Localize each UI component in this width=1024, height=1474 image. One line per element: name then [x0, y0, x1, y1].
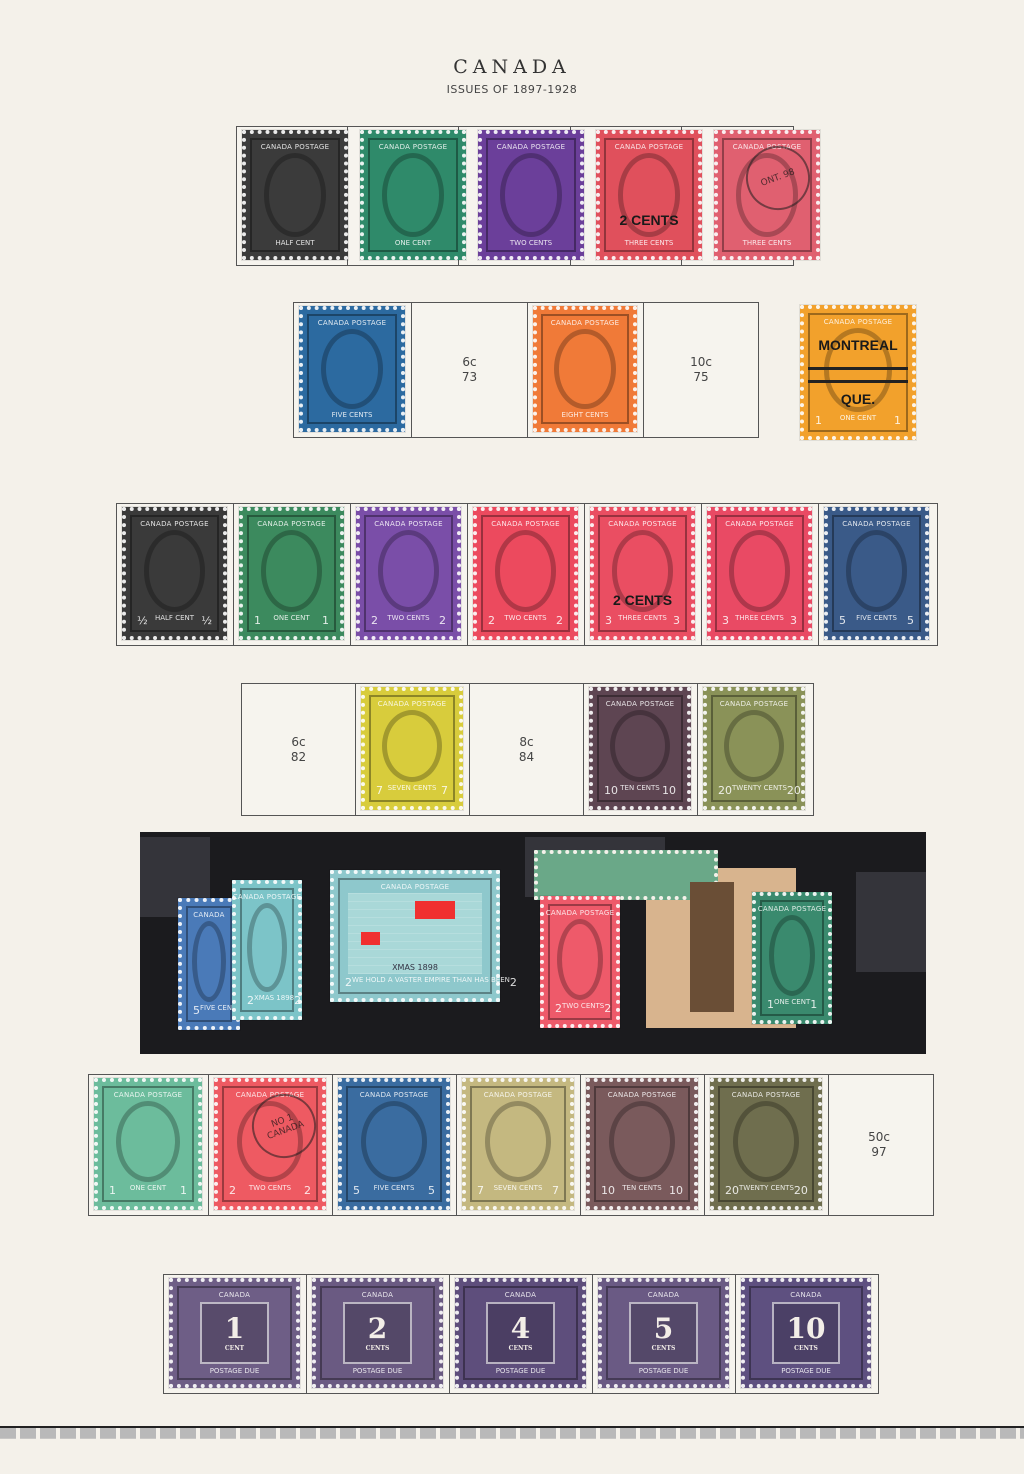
stamp-bottom-text: POSTAGE DUE	[467, 1367, 574, 1375]
stamp-top-text: CANADA POSTAGE	[608, 1091, 677, 1099]
stamp-top-text: CANADA POSTAGE	[758, 905, 827, 913]
value-text: ONE CENT	[130, 1184, 166, 1197]
value-right: 2	[304, 1184, 311, 1197]
catalog-number: 82	[242, 750, 355, 765]
stamp-top-text: CANADA	[790, 1291, 822, 1299]
value-right: 1	[894, 414, 901, 427]
value-text: TWO CENTS	[387, 614, 429, 627]
stamp-design: CANADA POSTAGE2XMAS 18982	[240, 888, 294, 1012]
value-right: 7	[552, 1184, 559, 1197]
denomination-label: 50c	[829, 1130, 929, 1145]
value-left: 10	[604, 784, 618, 797]
empty-stamp-space: 6c73	[412, 303, 528, 437]
value-right: 3	[790, 614, 797, 627]
stamp-unit: CENT	[225, 1346, 244, 1352]
stamp[interactable]: CANADA1CENTPOSTAGE DUE	[169, 1278, 300, 1388]
portrait-oval	[264, 153, 326, 237]
stamp[interactable]: CANADA5CENTSPOSTAGE DUE	[598, 1278, 729, 1388]
denomination-label: 8c	[470, 735, 583, 750]
value-right: 5	[428, 1184, 435, 1197]
value-text: THREE CENTS	[735, 614, 784, 627]
stamp-bottom-text: 1ONE CENT1	[106, 1184, 190, 1197]
stamp-denomination: 5CENTS	[629, 1302, 697, 1364]
stamp[interactable]: CANADA POSTAGEEIGHT CENTS	[533, 306, 637, 432]
stamp-unit: CENTS	[366, 1346, 390, 1352]
stamp-top-text: CANADA POSTAGE	[381, 883, 450, 891]
value-right: 2	[604, 1002, 611, 1015]
stamp-bottom-text: 2XMAS 18982	[244, 994, 290, 1007]
value-left: 1	[815, 414, 822, 427]
stamp-top-text: CANADA POSTAGE	[318, 319, 387, 327]
portrait-oval	[733, 1101, 799, 1182]
map-red-territory	[361, 932, 380, 945]
stamp-bottom-text: 2TWO CENTS2	[368, 614, 449, 627]
stamp-top-text: CANADA POSTAGE	[720, 700, 789, 708]
value-text: FIVE CENTS	[332, 411, 373, 419]
value-left: 2	[345, 976, 352, 989]
value-text: POSTAGE DUE	[639, 1367, 689, 1375]
value-text: XMAS 1898	[254, 994, 294, 1007]
stamp[interactable]: CANADA POSTAGE3THREE CENTS3	[707, 507, 812, 640]
stamp-bottom-text: 2TWO CENTS2	[552, 1002, 608, 1015]
stamp[interactable]: CANADA10CENTSPOSTAGE DUE	[741, 1278, 871, 1388]
value-text: TWO CENTS	[504, 614, 546, 627]
stamp-bottom-text: 1ONE CENT1	[251, 614, 332, 627]
stamp[interactable]: CANADA2CENTSPOSTAGE DUE	[312, 1278, 443, 1388]
denomination-label: 6c	[242, 735, 355, 750]
stamp-design: CANADA POSTAGEXMAS 18982WE HOLD A VASTER…	[338, 878, 492, 994]
value-left: 3	[605, 614, 612, 627]
value-text: SEVEN CENTS	[494, 1184, 543, 1197]
value-right: 10	[662, 784, 676, 797]
value-text: THREE CENTS	[743, 239, 792, 247]
precancel-bars	[808, 367, 908, 383]
value-right: 2	[294, 994, 301, 1007]
value-text: FIVE CENTS	[374, 1184, 415, 1197]
catalog-label: 50c97	[829, 1130, 929, 1160]
stamp-bottom-text: 5FIVE CENTS	[190, 1004, 228, 1017]
stamp-design: CANADA POSTAGETWO CENTS	[486, 138, 576, 252]
catalog-label: 10c75	[644, 355, 758, 385]
stamp[interactable]: CANADA POSTAGE10TEN CENTS10	[586, 1078, 698, 1210]
stamp-bottom-text: 7SEVEN CENTS7	[474, 1184, 562, 1197]
value-text: ONE CENT	[395, 239, 431, 247]
value-left: 2	[229, 1184, 236, 1197]
stamp-bottom-text: POSTAGE DUE	[324, 1367, 431, 1375]
value-left: 2	[555, 1002, 562, 1015]
stamp-bottom-text: THREE CENTS	[608, 239, 690, 247]
stamp-top-text: CANADA POSTAGE	[615, 143, 684, 151]
catalog-label: 6c82	[242, 735, 355, 765]
stamp-design: CANADA10CENTSPOSTAGE DUE	[749, 1286, 863, 1380]
portrait-oval	[557, 919, 603, 1000]
value-text: EIGHT CENTS	[562, 411, 609, 419]
stamp-design: CANADA POSTAGE5FIVE CENTS5	[832, 515, 921, 632]
stamp-design: CANADA POSTAGE2TWO CENTS2	[364, 515, 453, 632]
stamp-bottom-text: ONE CENT	[372, 239, 454, 247]
stamp-bottom-text: 10TEN CENTS10	[601, 784, 679, 797]
stamp-top-text: CANADA POSTAGE	[140, 520, 209, 528]
value-left: 7	[477, 1184, 484, 1197]
stamp-design: CANADA1CENTPOSTAGE DUE	[177, 1286, 292, 1380]
value-right: 1	[322, 614, 329, 627]
value-text: THREE CENTS	[625, 239, 674, 247]
stamp[interactable]: CANADA POSTAGETHREE CENTS2 CENTS	[596, 130, 702, 260]
value-text: TWENTY CENTS	[732, 784, 787, 797]
portrait-oval	[382, 153, 444, 237]
stamp[interactable]: CANADA POSTAGE1ONE CENT1	[94, 1078, 202, 1210]
stamp[interactable]: CANADA POSTAGETHREE CENTSONT. 98	[714, 130, 820, 260]
portrait-oval	[724, 710, 784, 782]
stamp-design: CANADA POSTAGEFIVE CENTS	[307, 314, 397, 424]
map-red-territory	[415, 901, 455, 919]
catalog-label: 8c84	[470, 735, 583, 765]
empty-stamp-space: 50c97	[829, 1075, 929, 1215]
value-right: 2	[510, 976, 517, 989]
value-text: TWO CENTS	[562, 1002, 604, 1015]
value-text: TWENTY CENTS	[739, 1184, 794, 1197]
stamp[interactable]: CANADA POSTAGE5FIVE CENTS5	[824, 507, 929, 640]
denomination-label: 6c	[412, 355, 527, 370]
surcharge-overprint: 2 CENTS	[594, 592, 691, 608]
stamp-bottom-text: 2TWO CENTS2	[226, 1184, 314, 1197]
value-text: POSTAGE DUE	[353, 1367, 403, 1375]
precancel-province: QUE.	[804, 391, 912, 407]
value-text: TWO CENTS	[249, 1184, 291, 1197]
value-left: 2	[488, 614, 495, 627]
stamp-bottom-text: 7SEVEN CENTS7	[373, 784, 451, 797]
stamp-top-text: CANADA POSTAGE	[379, 143, 448, 151]
portrait-oval	[846, 530, 908, 612]
catalog-number: 73	[412, 370, 527, 385]
stamp-design: CANADA4CENTSPOSTAGE DUE	[463, 1286, 578, 1380]
stamp-bottom-text: 1ONE CENT1	[812, 414, 904, 427]
portrait-oval	[116, 1101, 180, 1182]
stamp[interactable]: CANADA POSTAGE2TWO CENTS2	[540, 896, 620, 1028]
stamp[interactable]: CANADA POSTAGEONE CENT	[360, 130, 466, 260]
page-subtitle: ISSUES OF 1897-1928	[0, 83, 1024, 96]
stamp-bottom-text: 5FIVE CENTS5	[836, 614, 917, 627]
stamp-bottom-text: FIVE CENTS	[311, 411, 393, 419]
stamp[interactable]: CANADA POSTAGE2XMAS 18982	[232, 880, 302, 1020]
stamp-bottom-text: 2TWO CENTS2	[485, 614, 566, 627]
stamp[interactable]: CANADA POSTAGEHALF CENT	[242, 130, 348, 260]
stamp-top-text: CANADA POSTAGE	[378, 700, 447, 708]
stamp-partial[interactable]	[690, 882, 734, 1012]
portrait-oval	[769, 915, 815, 996]
stamp-top-text: CANADA POSTAGE	[360, 1091, 429, 1099]
portrait-oval	[495, 530, 557, 612]
portrait-oval	[610, 710, 670, 782]
value-right: 10	[669, 1184, 683, 1197]
value-left: 2	[247, 994, 254, 1007]
value-text: TEN CENTS	[620, 784, 659, 797]
stamp[interactable]: CANADA POSTAGEXMAS 18982WE HOLD A VASTER…	[330, 870, 500, 1002]
portrait-oval	[247, 903, 286, 992]
stamp-top-text: CANADA	[219, 1291, 251, 1299]
value-text: SEVEN CENTS	[388, 784, 437, 797]
value-left: 1	[109, 1184, 116, 1197]
portrait-oval	[144, 530, 206, 612]
denomination-label: 10c	[644, 355, 758, 370]
portrait-oval	[361, 1101, 427, 1182]
portrait-oval	[382, 710, 442, 782]
stamp-design: CANADA POSTAGEONE CENT	[368, 138, 458, 252]
page-title: CANADA	[0, 56, 1024, 78]
stamp[interactable]: CANADA POSTAGE7SEVEN CENTS7	[361, 687, 463, 810]
decorative-border	[0, 1426, 1024, 1448]
stamp-design: CANADA POSTAGEEIGHT CENTS	[541, 314, 629, 424]
stamp[interactable]: CANADA POSTAGE1ONE CENT1	[239, 507, 344, 640]
stamp-top-text: CANADA POSTAGE	[484, 1091, 553, 1099]
empty-stamp-space: 10c75	[644, 303, 758, 437]
value-text: ONE CENT	[273, 614, 309, 627]
stamp-top-text: CANADA POSTAGE	[608, 520, 677, 528]
value-right: 7	[441, 784, 448, 797]
stamp-bottom-text: THREE CENTS	[726, 239, 808, 247]
stamp-bottom-text: 3THREE CENTS3	[602, 614, 683, 627]
stamp-unit: CENTS	[652, 1346, 676, 1352]
portrait-oval	[378, 530, 440, 612]
portrait-oval	[554, 329, 615, 409]
stamp[interactable]: CANADA POSTAGE20TWENTY CENTS20	[710, 1078, 822, 1210]
empty-stamp-space: 6c82	[242, 684, 356, 815]
stamp-bottom-text: 1ONE CENT1	[764, 998, 820, 1011]
value-left: 2	[371, 614, 378, 627]
stamp-top-text: CANADA POSTAGE	[491, 520, 560, 528]
stamp-design: CANADA POSTAGE7SEVEN CENTS7	[470, 1086, 566, 1202]
stamp[interactable]: CANADA POSTAGE2TWO CENTS2	[356, 507, 461, 640]
portrait-oval	[485, 1101, 551, 1182]
portrait-oval	[192, 921, 226, 1002]
value-left: 5	[839, 614, 846, 627]
value-left: 1	[254, 614, 261, 627]
value-left: 20	[725, 1184, 739, 1197]
stamp-bottom-text: ½HALF CENT½	[134, 614, 215, 627]
portrait-oval	[609, 1101, 675, 1182]
map-caption: XMAS 1898	[348, 963, 482, 972]
value-right: 1	[180, 1184, 187, 1197]
stamp-design: CANADA POSTAGE20TWENTY CENTS20	[711, 695, 797, 802]
value-text: TWO CENTS	[510, 239, 552, 247]
value-text: TEN CENTS	[622, 1184, 661, 1197]
stamp[interactable]: CANADA POSTAGEFIVE CENTS	[299, 306, 405, 432]
value-left: 5	[193, 1004, 200, 1017]
stamp-top-text: CANADA	[648, 1291, 680, 1299]
value-left: 20	[718, 784, 732, 797]
stamp[interactable]: CANADA POSTAGE10TEN CENTS10	[589, 687, 691, 810]
value-right: ½	[201, 614, 212, 627]
stamp-bottom-text: HALF CENT	[254, 239, 336, 247]
stamp-denomination: 4CENTS	[486, 1302, 554, 1364]
stamp-top-text: CANADA POSTAGE	[551, 319, 620, 327]
stamp[interactable]: CANADA5FIVE CENTS	[178, 898, 240, 1030]
value-right: 20	[787, 784, 801, 797]
value-text: ONE CENT	[840, 414, 876, 427]
stamp-bottom-text: EIGHT CENTS	[545, 411, 625, 419]
value-text: FIVE CENTS	[856, 614, 897, 627]
stamp-design: CANADA POSTAGE3THREE CENTS3	[715, 515, 804, 632]
stamp-top-text: CANADA	[193, 911, 225, 919]
stamp-bottom-text: 2WE HOLD A VASTER EMPIRE THAN HAS BEEN2	[342, 976, 488, 989]
stamp-design: CANADA POSTAGE2TWO CENTS2	[548, 904, 612, 1020]
value-text: POSTAGE DUE	[496, 1367, 546, 1375]
stamp-top-text: CANADA POSTAGE	[257, 520, 326, 528]
catalog-label: 6c73	[412, 355, 527, 385]
value-text: ONE CENT	[774, 998, 810, 1011]
stamp[interactable]: CANADA POSTAGE1ONE CENT1	[752, 892, 832, 1024]
catalog-number: 84	[470, 750, 583, 765]
stamp-design: CANADA POSTAGE2TWO CENTS2	[481, 515, 570, 632]
value-text: THREE CENTS	[618, 614, 667, 627]
stamp-top-text: CANADA	[505, 1291, 537, 1299]
value-left: 1	[767, 998, 774, 1011]
portrait-oval	[321, 329, 383, 409]
stamp-top-text: CANADA POSTAGE	[497, 143, 566, 151]
value-text: WE HOLD A VASTER EMPIRE THAN HAS BEEN	[352, 976, 510, 989]
value-right: 1	[810, 998, 817, 1011]
stamp-design: CANADA5FIVE CENTS	[186, 906, 232, 1022]
stamp-top-text: CANADA	[362, 1291, 394, 1299]
stamp[interactable]: CANADA POSTAGE½HALF CENT½	[122, 507, 227, 640]
value-right: 2	[556, 614, 563, 627]
value-right: 3	[673, 614, 680, 627]
stamp-bottom-text: 5FIVE CENTS5	[350, 1184, 438, 1197]
value-left: ½	[137, 614, 148, 627]
stamp-unit: CENTS	[794, 1346, 818, 1352]
catalog-number: 75	[644, 370, 758, 385]
stamp[interactable]: CANADA POSTAGE3THREE CENTS32 CENTS	[590, 507, 695, 640]
value-text: HALF CENT	[155, 614, 194, 627]
stamp-design: CANADA POSTAGE½HALF CENT½	[130, 515, 219, 632]
catalog-number: 97	[829, 1145, 929, 1160]
stamp-design: CANADA POSTAGE5FIVE CENTS5	[346, 1086, 442, 1202]
portrait-oval	[500, 153, 562, 237]
stamp-denomination: 2CENTS	[343, 1302, 411, 1364]
stamp-design: CANADA POSTAGE20TWENTY CENTS20	[718, 1086, 814, 1202]
stamp-design: CANADA POSTAGE1ONE CENT1	[760, 900, 824, 1016]
stamp[interactable]: CANADA POSTAGE2TWO CENTS2NO 1 CANADA	[214, 1078, 326, 1210]
stamp[interactable]: CANADA POSTAGE5FIVE CENTS5	[338, 1078, 450, 1210]
stamp-bottom-text: POSTAGE DUE	[181, 1367, 288, 1375]
stamp-design: CANADA POSTAGETHREE CENTS	[604, 138, 694, 252]
stamp-bottom-text: 10TEN CENTS10	[598, 1184, 686, 1197]
stamp-bottom-text: 20TWENTY CENTS20	[722, 1184, 810, 1197]
value-left: 7	[376, 784, 383, 797]
portrait-oval	[729, 530, 791, 612]
value-right: 5	[907, 614, 914, 627]
stamp-top-text: CANADA POSTAGE	[233, 893, 302, 901]
stamp-denomination: 1CENT	[200, 1302, 268, 1364]
stamp-top-text: CANADA POSTAGE	[606, 700, 675, 708]
value-text: POSTAGE DUE	[210, 1367, 260, 1375]
stamp-bottom-text: POSTAGE DUE	[610, 1367, 717, 1375]
value-text: POSTAGE DUE	[781, 1367, 831, 1375]
stamp-top-text: CANADA POSTAGE	[546, 909, 615, 917]
stamp-precancel[interactable]: CANADA POSTAGE1ONE CENT1MONTREALQUE.	[800, 305, 916, 440]
stamp[interactable]: CANADA POSTAGETWO CENTS	[478, 130, 584, 260]
stamp-top-text: CANADA POSTAGE	[114, 1091, 183, 1099]
stamp[interactable]: CANADA4CENTSPOSTAGE DUE	[455, 1278, 586, 1388]
portrait-oval	[261, 530, 323, 612]
stamp-denomination: 10CENTS	[772, 1302, 840, 1364]
stamp-bottom-text: POSTAGE DUE	[753, 1367, 859, 1375]
stamp[interactable]: CANADA POSTAGE20TWENTY CENTS20	[703, 687, 805, 810]
stamp-design: CANADA POSTAGEHALF CENT	[250, 138, 340, 252]
empty-stamp-space: 8c84	[470, 684, 584, 815]
stamp-unit: CENTS	[509, 1346, 533, 1352]
stamp-design: CANADA POSTAGE7SEVEN CENTS7	[369, 695, 455, 802]
stamp[interactable]: CANADA POSTAGE7SEVEN CENTS7	[462, 1078, 574, 1210]
stamp-design: CANADA5CENTSPOSTAGE DUE	[606, 1286, 721, 1380]
stamp-bottom-text: TWO CENTS	[490, 239, 572, 247]
stamp-design: CANADA POSTAGE10TEN CENTS10	[597, 695, 683, 802]
stamp-top-text: CANADA POSTAGE	[374, 520, 443, 528]
stamp-top-text: CANADA POSTAGE	[842, 520, 911, 528]
stamp-design: CANADA POSTAGE3THREE CENTS3	[598, 515, 687, 632]
stamp-bottom-text: 20TWENTY CENTS20	[715, 784, 793, 797]
stamp-design: CANADA POSTAGE10TEN CENTS10	[594, 1086, 690, 1202]
precancel-city: MONTREAL	[804, 337, 912, 353]
value-right: 20	[794, 1184, 808, 1197]
stamp-top-text: CANADA POSTAGE	[261, 143, 330, 151]
stamp-bottom-text: 3THREE CENTS3	[719, 614, 800, 627]
value-left: 10	[601, 1184, 615, 1197]
stamp-top-text: CANADA POSTAGE	[732, 1091, 801, 1099]
value-right: 2	[439, 614, 446, 627]
stamp[interactable]: CANADA POSTAGE2TWO CENTS2	[473, 507, 578, 640]
stamp-top-text: CANADA POSTAGE	[824, 318, 893, 326]
value-left: 3	[722, 614, 729, 627]
value-text: HALF CENT	[275, 239, 314, 247]
stamp-top-text: CANADA POSTAGE	[725, 520, 794, 528]
stamp-design: CANADA POSTAGE1ONE CENT1	[102, 1086, 194, 1202]
stamp-design: CANADA POSTAGE1ONE CENT1	[247, 515, 336, 632]
surcharge-overprint: 2 CENTS	[600, 212, 698, 228]
portrait-oval: XMAS 1898	[348, 893, 482, 974]
mount-pocket	[856, 872, 926, 972]
value-left: 5	[353, 1184, 360, 1197]
stamp-design: CANADA2CENTSPOSTAGE DUE	[320, 1286, 435, 1380]
